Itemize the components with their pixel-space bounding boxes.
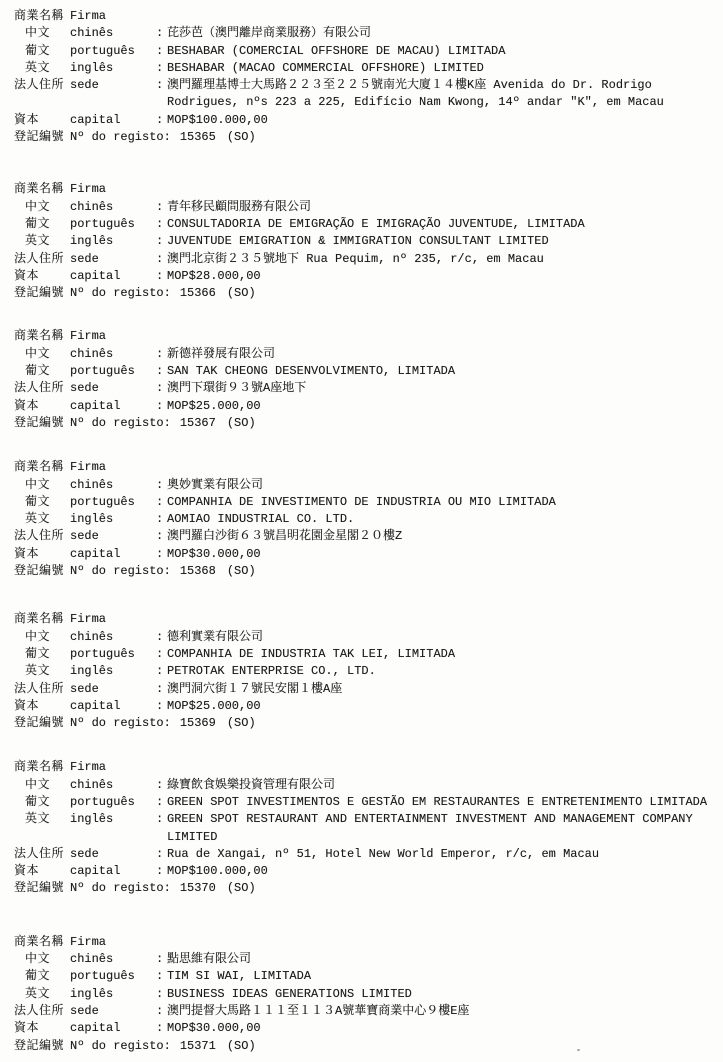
english-name-value: GREEN SPOT RESTAURANT AND ENTERTAINMENT …: [167, 811, 723, 846]
label-portuguese-pt: português: [70, 968, 156, 985]
label-chinese-zh: 中文: [14, 777, 70, 794]
capital-value: MOP$100.000,00: [167, 863, 723, 880]
label-registry-pt: Nº do registo:: [70, 880, 171, 897]
label-registry-pt: Nº do registo:: [70, 563, 171, 580]
colon: :: [156, 968, 167, 985]
colon: :: [156, 1020, 167, 1037]
label-capital-zh: 資本: [14, 398, 70, 415]
registry-number-value: 15369: [180, 715, 216, 732]
label-english-zh: 英文: [14, 60, 70, 77]
label-english-pt: inglês: [70, 511, 156, 528]
registered-address-row: 法人住所 sede : Rua de Xangai, nº 51, Hotel …: [14, 846, 723, 863]
registered-address-row: 法人住所 sede : 澳門下環街９３號A座地下: [14, 380, 723, 397]
colon: :: [156, 528, 167, 545]
label-business-name-zh: 商業名稱: [14, 181, 70, 198]
capital-row: 資本 capital : MOP$25.000,00: [14, 398, 723, 415]
capital-value: MOP$28.000,00: [167, 268, 723, 285]
label-chinese-zh: 中文: [14, 25, 70, 42]
label-capital-pt: capital: [70, 698, 156, 715]
portuguese-name-value: COMPANHIA DE INDUSTRIA TAK LEI, LIMITADA: [167, 646, 723, 663]
colon: :: [156, 777, 167, 794]
capital-row: 資本 capital : MOP$30.000,00: [14, 546, 723, 563]
registered-address-value: 澳門羅理基博士大馬路２２３至２２５號南光大廈１４樓K座 Avenida do D…: [167, 77, 723, 112]
colon: :: [156, 951, 167, 968]
label-capital-pt: capital: [70, 398, 156, 415]
label-english-pt: inglês: [70, 60, 156, 77]
label-registry-zh: 登記編號: [14, 129, 70, 146]
label-address-zh: 法人住所: [14, 846, 70, 863]
label-chinese-zh: 中文: [14, 199, 70, 216]
capital-row: 資本 capital : MOP$100.000,00: [14, 863, 723, 880]
registry-number-row: 登記編號 Nº do registo: 15365 (SO): [14, 129, 723, 146]
portuguese-name-row: 葡文 português : COMPANHIA DE INDUSTRIA TA…: [14, 646, 723, 663]
english-name-row: 英文 inglês : BUSINESS IDEAS GENERATIONS L…: [14, 986, 723, 1003]
capital-value: MOP$30.000,00: [167, 546, 723, 563]
label-address-pt: sede: [70, 681, 156, 698]
label-portuguese-pt: português: [70, 494, 156, 511]
registered-address-row: 法人住所 sede : 澳門洞穴街１７號民安閣１樓A座: [14, 681, 723, 698]
capital-value: MOP$100.000,00: [167, 112, 723, 129]
label-registry-zh: 登記編號: [14, 880, 70, 897]
english-name-value: AOMIAO INDUSTRIAL CO. LTD.: [167, 511, 723, 528]
registered-address-value: 澳門北京街２３５號地下 Rua Pequim, nº 235, r/c, em …: [167, 251, 723, 268]
label-chinese-zh: 中文: [14, 951, 70, 968]
registry-number-suffix: (SO): [227, 415, 256, 432]
colon: :: [156, 646, 167, 663]
label-english-zh: 英文: [14, 811, 70, 828]
colon: :: [156, 216, 167, 233]
label-capital-zh: 資本: [14, 268, 70, 285]
label-chinese-pt: chinês: [70, 199, 156, 216]
colon: :: [156, 1003, 167, 1020]
firma-row: 商業名稱 Firma: [14, 181, 723, 198]
label-registry-pt: Nº do registo:: [70, 1038, 171, 1055]
label-address-zh: 法人住所: [14, 681, 70, 698]
colon: :: [156, 863, 167, 880]
portuguese-name-row: 葡文 português : BESHABAR (COMERCIAL OFFSH…: [14, 43, 723, 60]
firma-row: 商業名稱 Firma: [14, 759, 723, 776]
registry-number-suffix: (SO): [227, 715, 256, 732]
label-chinese-zh: 中文: [14, 346, 70, 363]
capital-row: 資本 capital : MOP$25.000,00: [14, 698, 723, 715]
label-english-pt: inglês: [70, 233, 156, 250]
label-address-zh: 法人住所: [14, 77, 70, 94]
chinese-name-value: 奧妙實業有限公司: [167, 477, 723, 494]
label-address-zh: 法人住所: [14, 380, 70, 397]
label-address-pt: sede: [70, 77, 156, 94]
label-capital-zh: 資本: [14, 112, 70, 129]
colon: :: [156, 681, 167, 698]
portuguese-name-value: SAN TAK CHEONG DESENVOLVIMENTO, LIMITADA: [167, 363, 723, 380]
label-address-pt: sede: [70, 528, 156, 545]
colon: :: [156, 43, 167, 60]
english-name-value: BUSINESS IDEAS GENERATIONS LIMITED: [167, 986, 723, 1003]
english-name-row: 英文 inglês : GREEN SPOT RESTAURANT AND EN…: [14, 811, 723, 846]
label-registry-zh: 登記編號: [14, 285, 70, 302]
registry-number-row: 登記編號 Nº do registo: 15371 (SO): [14, 1038, 723, 1055]
capital-value: MOP$25.000,00: [167, 698, 723, 715]
colon: :: [156, 794, 167, 811]
label-portuguese-pt: português: [70, 794, 156, 811]
label-portuguese-pt: português: [70, 216, 156, 233]
firma-row: 商業名稱 Firma: [14, 328, 723, 345]
chinese-name-row: 中文 chinês : 德利實業有限公司: [14, 629, 723, 646]
label-registry-pt: Nº do registo:: [70, 715, 171, 732]
label-business-name-pt: Firma: [70, 611, 156, 628]
chinese-name-row: 中文 chinês : 青年移民顧問服務有限公司: [14, 199, 723, 216]
company-entry: 商業名稱 Firma 中文 chinês : 青年移民顧問服務有限公司 葡文 p…: [14, 181, 723, 302]
portuguese-name-row: 葡文 português : CONSULTADORIA DE EMIGRAÇÃ…: [14, 216, 723, 233]
label-portuguese-zh: 葡文: [14, 494, 70, 511]
colon: :: [156, 698, 167, 715]
label-address-zh: 法人住所: [14, 528, 70, 545]
company-entries-list: 商業名稱 Firma 中文 chinês : 芘莎芭（澳門離岸商業服務）有限公司…: [14, 8, 723, 1055]
label-registry-zh: 登記編號: [14, 563, 70, 580]
portuguese-name-value: TIM SI WAI, LIMITADA: [167, 968, 723, 985]
firma-row: 商業名稱 Firma: [14, 459, 723, 476]
colon: :: [156, 846, 167, 863]
portuguese-name-value: BESHABAR (COMERCIAL OFFSHORE DE MACAU) L…: [167, 43, 723, 60]
registry-document-page: 商業名稱 Firma 中文 chinês : 芘莎芭（澳門離岸商業服務）有限公司…: [0, 0, 723, 1062]
label-chinese-zh: 中文: [14, 477, 70, 494]
firma-row: 商業名稱 Firma: [14, 611, 723, 628]
registry-number-suffix: (SO): [227, 129, 256, 146]
label-chinese-pt: chinês: [70, 951, 156, 968]
label-business-name-zh: 商業名稱: [14, 459, 70, 476]
registry-number-value: 15370: [180, 880, 216, 897]
registry-number-row: 登記編號 Nº do registo: 15366 (SO): [14, 285, 723, 302]
label-address-pt: sede: [70, 251, 156, 268]
registry-number-suffix: (SO): [227, 1038, 256, 1055]
portuguese-name-row: 葡文 português : GREEN SPOT INVESTIMENTOS …: [14, 794, 723, 811]
label-business-name-zh: 商業名稱: [14, 934, 70, 951]
registry-number-value: 15365: [180, 129, 216, 146]
colon: :: [156, 60, 167, 77]
label-business-name-pt: Firma: [70, 759, 156, 776]
label-chinese-zh: 中文: [14, 629, 70, 646]
registry-number-suffix: (SO): [227, 880, 256, 897]
label-portuguese-zh: 葡文: [14, 646, 70, 663]
label-registry-pt: Nº do registo:: [70, 129, 171, 146]
company-entry: 商業名稱 Firma 中文 chinês : 新德祥發展有限公司 葡文 port…: [14, 328, 723, 432]
capital-value: MOP$30.000,00: [167, 1020, 723, 1037]
label-address-zh: 法人住所: [14, 1003, 70, 1020]
english-name-row: 英文 inglês : PETROTAK ENTERPRISE CO., LTD…: [14, 663, 723, 680]
registry-number-row: 登記編號 Nº do registo: 15369 (SO): [14, 715, 723, 732]
colon: :: [156, 494, 167, 511]
colon: :: [156, 233, 167, 250]
colon: :: [156, 477, 167, 494]
colon: :: [156, 363, 167, 380]
firma-row: 商業名稱 Firma: [14, 8, 723, 25]
colon: :: [156, 77, 167, 94]
portuguese-name-row: 葡文 português : TIM SI WAI, LIMITADA: [14, 968, 723, 985]
capital-row: 資本 capital : MOP$100.000,00: [14, 112, 723, 129]
registered-address-value: 澳門提督大馬路１１１至１１３A號華寶商業中心９樓E座: [167, 1003, 723, 1020]
portuguese-name-value: CONSULTADORIA DE EMIGRAÇÃO E IMIGRAÇÃO J…: [167, 216, 723, 233]
registry-number-value: 15366: [180, 285, 216, 302]
colon: :: [156, 546, 167, 563]
label-portuguese-zh: 葡文: [14, 968, 70, 985]
colon: :: [156, 251, 167, 268]
chinese-name-value: 新德祥發展有限公司: [167, 346, 723, 363]
label-business-name-pt: Firma: [70, 181, 156, 198]
chinese-name-value: 青年移民顧問服務有限公司: [167, 199, 723, 216]
registry-number-row: 登記編號 Nº do registo: 15368 (SO): [14, 563, 723, 580]
label-business-name-pt: Firma: [70, 8, 156, 25]
label-address-pt: sede: [70, 1003, 156, 1020]
chinese-name-value: 德利實業有限公司: [167, 629, 723, 646]
label-capital-zh: 資本: [14, 863, 70, 880]
capital-value: MOP$25.000,00: [167, 398, 723, 415]
chinese-name-value: 綠寶飲食娛樂投資管理有限公司: [167, 777, 723, 794]
label-address-zh: 法人住所: [14, 251, 70, 268]
chinese-name-row: 中文 chinês : 點思維有限公司: [14, 951, 723, 968]
label-registry-zh: 登記編號: [14, 1038, 70, 1055]
label-capital-zh: 資本: [14, 1020, 70, 1037]
label-portuguese-zh: 葡文: [14, 794, 70, 811]
english-name-value: BESHABAR (MACAO COMMERCIAL OFFSHORE) LIM…: [167, 60, 723, 77]
label-portuguese-zh: 葡文: [14, 216, 70, 233]
chinese-name-value: 點思維有限公司: [167, 951, 723, 968]
colon: :: [156, 346, 167, 363]
label-registry-pt: Nº do registo:: [70, 285, 171, 302]
label-portuguese-pt: português: [70, 646, 156, 663]
registered-address-value: 澳門洞穴街１７號民安閣１樓A座: [167, 681, 723, 698]
company-entry: 商業名稱 Firma 中文 chinês : 綠寶飲食娛樂投資管理有限公司 葡文…: [14, 759, 723, 897]
registry-number-row: 登記編號 Nº do registo: 15370 (SO): [14, 880, 723, 897]
label-chinese-pt: chinês: [70, 346, 156, 363]
registered-address-value: 澳門下環街９３號A座地下: [167, 380, 723, 397]
registered-address-value: Rua de Xangai, nº 51, Hotel New World Em…: [167, 846, 723, 863]
english-name-value: PETROTAK ENTERPRISE CO., LTD.: [167, 663, 723, 680]
colon: :: [156, 199, 167, 216]
label-address-pt: sede: [70, 380, 156, 397]
label-business-name-zh: 商業名稱: [14, 8, 70, 25]
colon: :: [156, 986, 167, 1003]
registry-number-value: 15371: [180, 1038, 216, 1055]
label-chinese-pt: chinês: [70, 777, 156, 794]
registry-number-suffix: (SO): [227, 285, 256, 302]
chinese-name-row: 中文 chinês : 新德祥發展有限公司: [14, 346, 723, 363]
label-business-name-zh: 商業名稱: [14, 328, 70, 345]
label-business-name-pt: Firma: [70, 328, 156, 345]
registered-address-row: 法人住所 sede : 澳門羅白沙街６３號昌明花園金星閣２０樓Z: [14, 528, 723, 545]
colon: :: [156, 398, 167, 415]
colon: :: [156, 380, 167, 397]
label-capital-pt: capital: [70, 863, 156, 880]
label-portuguese-pt: português: [70, 363, 156, 380]
registered-address-row: 法人住所 sede : 澳門提督大馬路１１１至１１３A號華寶商業中心９樓E座: [14, 1003, 723, 1020]
colon: :: [156, 511, 167, 528]
label-capital-pt: capital: [70, 112, 156, 129]
chinese-name-row: 中文 chinês : 綠寶飲食娛樂投資管理有限公司: [14, 777, 723, 794]
chinese-name-row: 中文 chinês : 奧妙實業有限公司: [14, 477, 723, 494]
colon: :: [156, 25, 167, 42]
portuguese-name-row: 葡文 português : SAN TAK CHEONG DESENVOLVI…: [14, 363, 723, 380]
company-entry: 商業名稱 Firma 中文 chinês : 奧妙實業有限公司 葡文 portu…: [14, 459, 723, 580]
label-english-zh: 英文: [14, 511, 70, 528]
label-business-name-zh: 商業名稱: [14, 611, 70, 628]
english-name-value: JUVENTUDE EMIGRATION & IMMIGRATION CONSU…: [167, 233, 723, 250]
registry-number-value: 15368: [180, 563, 216, 580]
label-registry-zh: 登記編號: [14, 415, 70, 432]
chinese-name-value: 芘莎芭（澳門離岸商業服務）有限公司: [167, 25, 723, 42]
label-english-zh: 英文: [14, 233, 70, 250]
label-chinese-pt: chinês: [70, 629, 156, 646]
label-business-name-zh: 商業名稱: [14, 759, 70, 776]
label-portuguese-zh: 葡文: [14, 363, 70, 380]
scan-artifact-dot: [577, 1049, 580, 1051]
capital-row: 資本 capital : MOP$28.000,00: [14, 268, 723, 285]
colon: :: [156, 663, 167, 680]
label-portuguese-pt: português: [70, 43, 156, 60]
company-entry: 商業名稱 Firma 中文 chinês : 點思維有限公司 葡文 portug…: [14, 934, 723, 1055]
english-name-row: 英文 inglês : AOMIAO INDUSTRIAL CO. LTD.: [14, 511, 723, 528]
english-name-row: 英文 inglês : JUVENTUDE EMIGRATION & IMMIG…: [14, 233, 723, 250]
label-business-name-pt: Firma: [70, 459, 156, 476]
company-entry: 商業名稱 Firma 中文 chinês : 德利實業有限公司 葡文 portu…: [14, 611, 723, 732]
label-address-pt: sede: [70, 846, 156, 863]
label-english-pt: inglês: [70, 663, 156, 680]
portuguese-name-value: GREEN SPOT INVESTIMENTOS E GESTÃO EM RES…: [167, 794, 723, 811]
colon: :: [156, 112, 167, 129]
label-chinese-pt: chinês: [70, 25, 156, 42]
colon: :: [156, 629, 167, 646]
label-capital-pt: capital: [70, 546, 156, 563]
firma-row: 商業名稱 Firma: [14, 934, 723, 951]
label-english-zh: 英文: [14, 663, 70, 680]
label-registry-pt: Nº do registo:: [70, 415, 171, 432]
label-english-pt: inglês: [70, 986, 156, 1003]
registered-address-row: 法人住所 sede : 澳門羅理基博士大馬路２２３至２２５號南光大廈１４樓K座 …: [14, 77, 723, 112]
colon: :: [156, 811, 167, 828]
company-entry: 商業名稱 Firma 中文 chinês : 芘莎芭（澳門離岸商業服務）有限公司…: [14, 8, 723, 146]
portuguese-name-value: COMPANHIA DE INVESTIMENTO DE INDUSTRIA O…: [167, 494, 723, 511]
registry-number-suffix: (SO): [227, 563, 256, 580]
label-registry-zh: 登記編號: [14, 715, 70, 732]
english-name-row: 英文 inglês : BESHABAR (MACAO COMMERCIAL O…: [14, 60, 723, 77]
capital-row: 資本 capital : MOP$30.000,00: [14, 1020, 723, 1037]
label-portuguese-zh: 葡文: [14, 43, 70, 60]
label-english-zh: 英文: [14, 986, 70, 1003]
label-capital-zh: 資本: [14, 698, 70, 715]
label-english-pt: inglês: [70, 811, 156, 828]
colon: :: [156, 268, 167, 285]
portuguese-name-row: 葡文 português : COMPANHIA DE INVESTIMENTO…: [14, 494, 723, 511]
label-capital-pt: capital: [70, 1020, 156, 1037]
registered-address-row: 法人住所 sede : 澳門北京街２３５號地下 Rua Pequim, nº 2…: [14, 251, 723, 268]
registry-number-value: 15367: [180, 415, 216, 432]
label-capital-pt: capital: [70, 268, 156, 285]
registered-address-value: 澳門羅白沙街６３號昌明花園金星閣２０樓Z: [167, 528, 723, 545]
label-business-name-pt: Firma: [70, 934, 156, 951]
label-chinese-pt: chinês: [70, 477, 156, 494]
registry-number-row: 登記編號 Nº do registo: 15367 (SO): [14, 415, 723, 432]
chinese-name-row: 中文 chinês : 芘莎芭（澳門離岸商業服務）有限公司: [14, 25, 723, 42]
label-capital-zh: 資本: [14, 546, 70, 563]
